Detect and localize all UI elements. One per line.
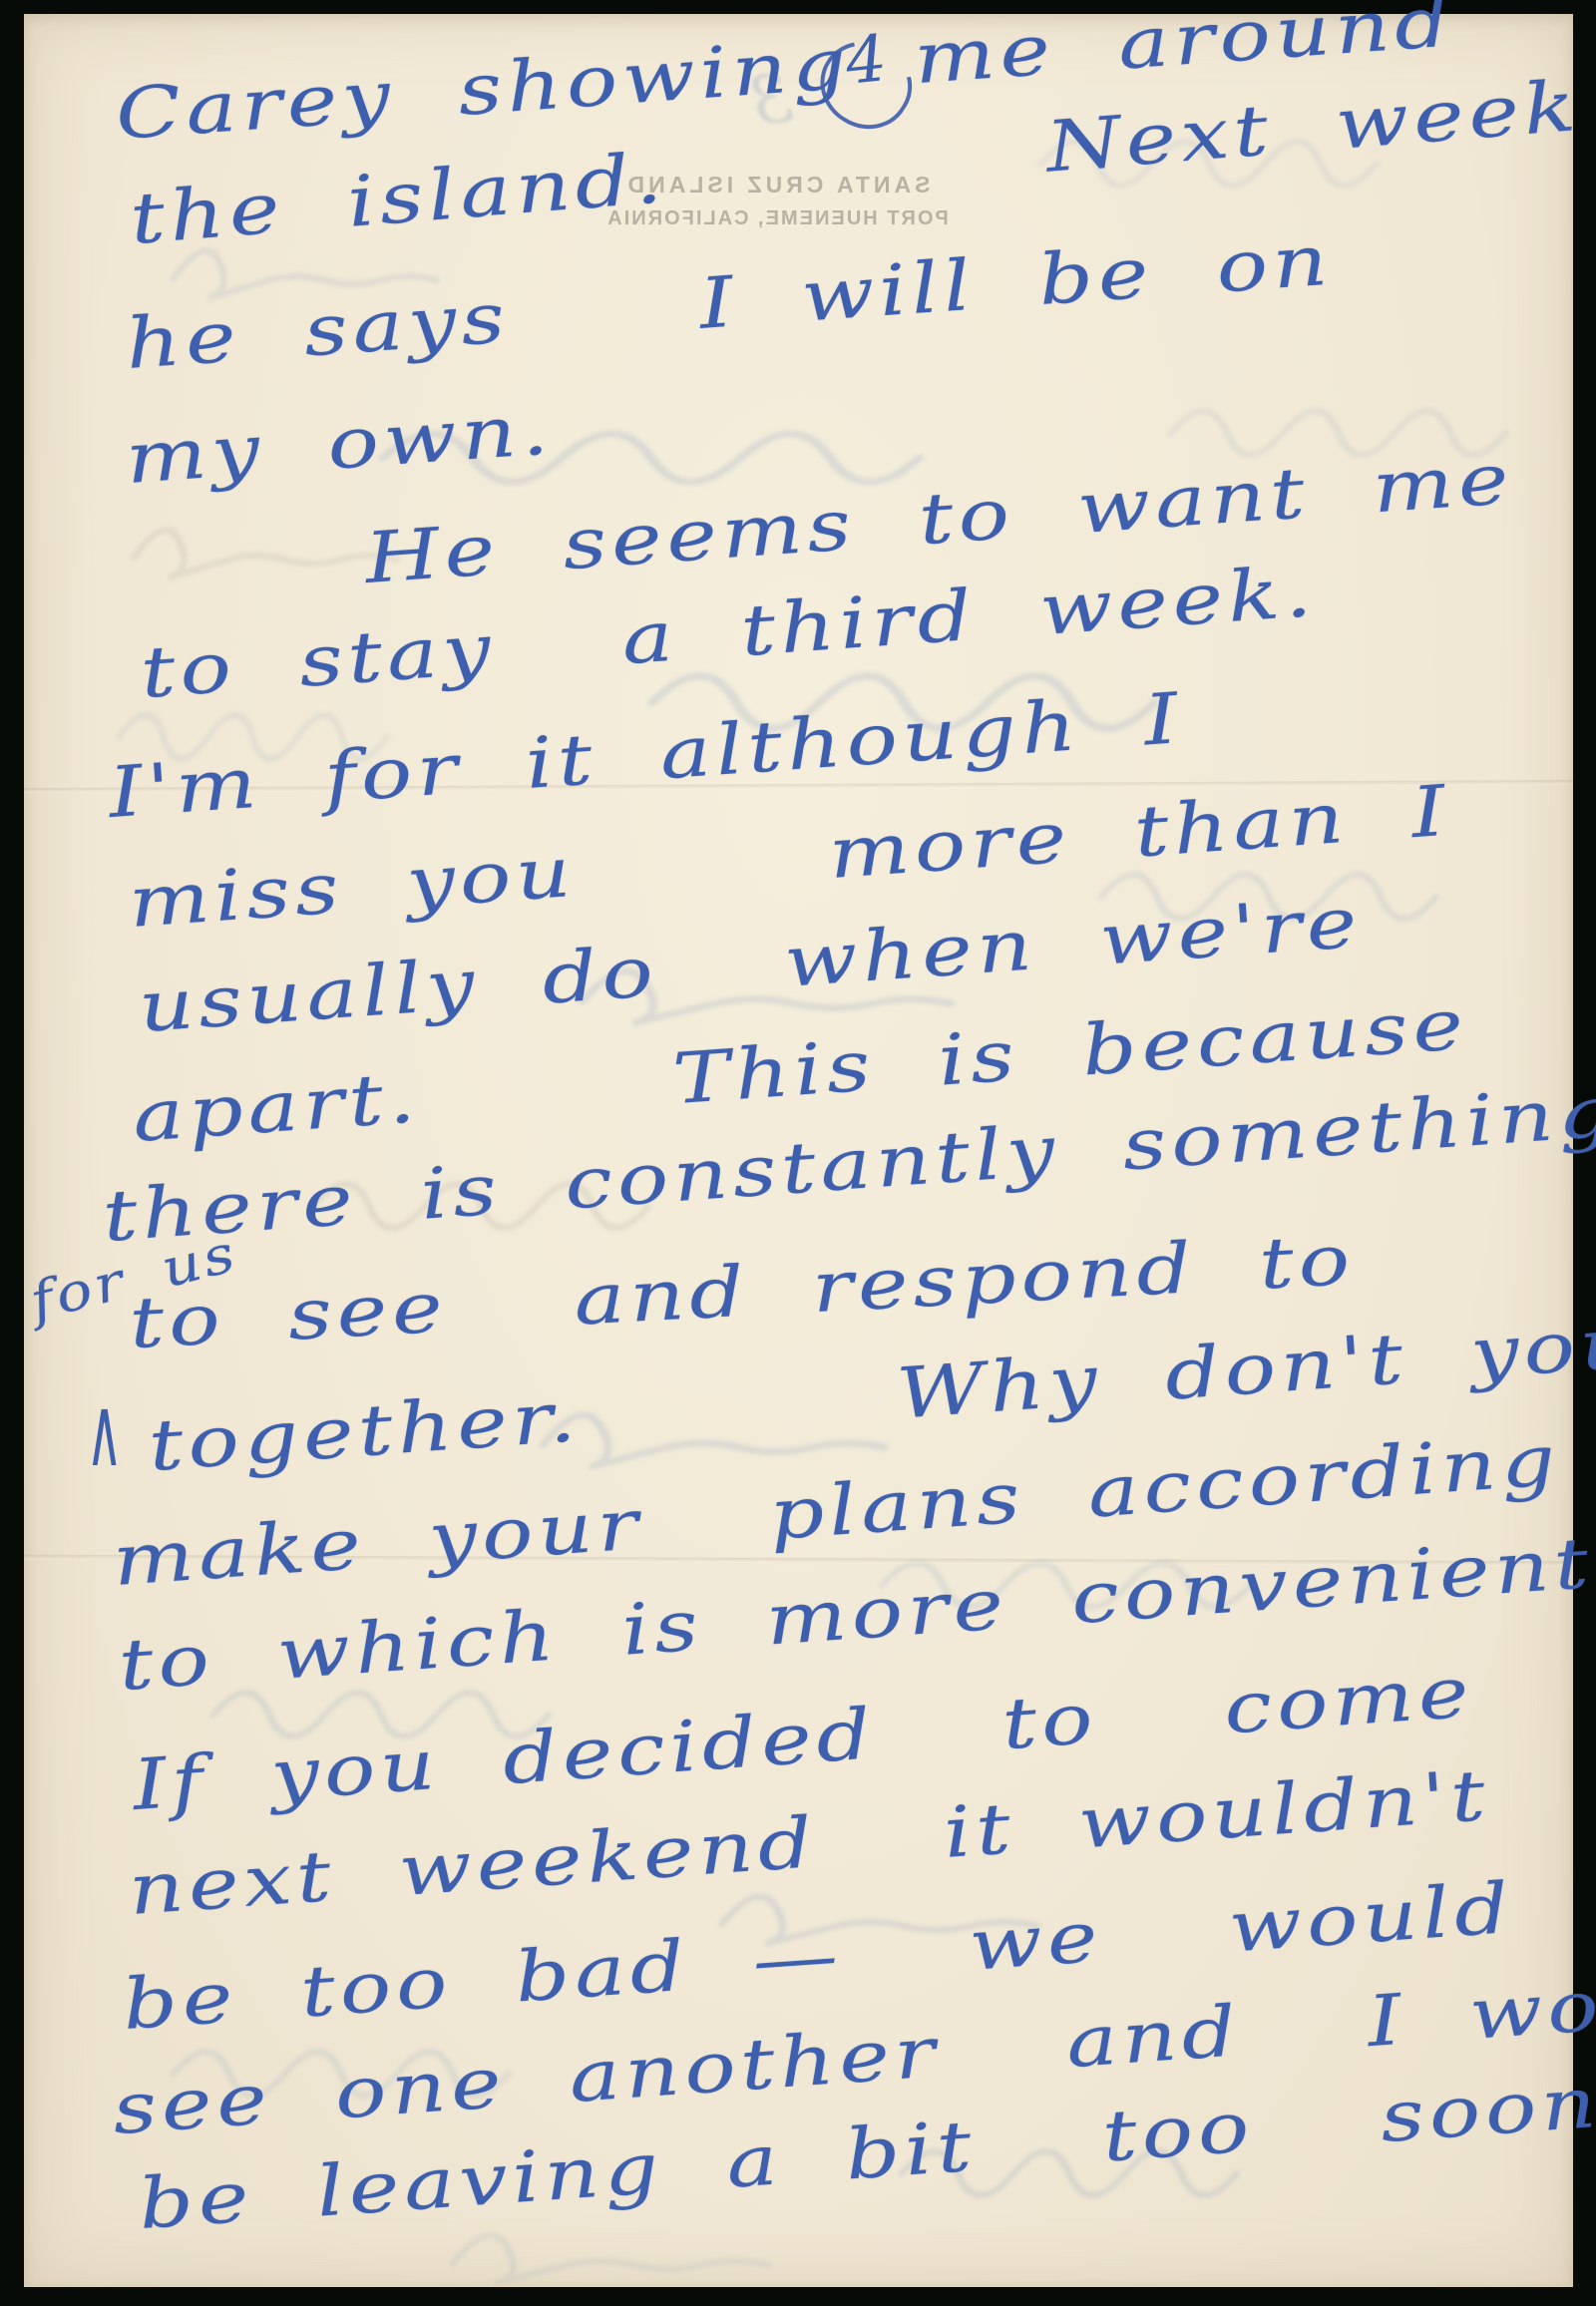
scanned-letter: SANTA CRUZ ISLAND PORT HUENEME, CALIFORN… <box>0 0 1596 2306</box>
handwritten-line: my own. <box>123 388 556 500</box>
letter-page: SANTA CRUZ ISLAND PORT HUENEME, CALIFORN… <box>24 14 1573 2287</box>
insertion-caret: ∧ <box>87 1375 123 1488</box>
